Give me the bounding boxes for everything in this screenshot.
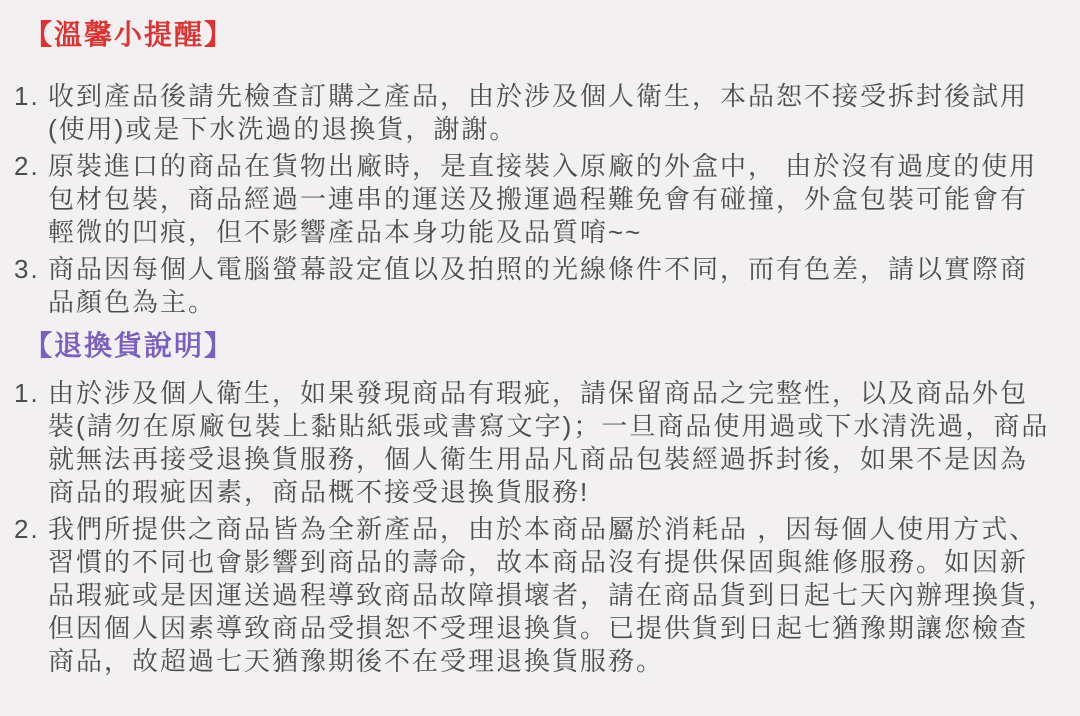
reminder-list: 1. 收到產品後請先檢查訂購之產品，由於涉及個人衛生，本品恕不接受拆封後試用 (… (14, 80, 1080, 319)
item-number: 1. (14, 80, 48, 146)
returns-list: 1. 由於涉及個人衛生，如果發現商品有瑕疵，請保留商品之完整性，以及商品外包 裝… (14, 377, 1080, 678)
list-item: 3. 商品因每個人電腦螢幕設定值以及拍照的光線條件不同，而有色差，請以實際商 品… (14, 253, 1080, 319)
section-title-reminder: 【溫馨小提醒】 (0, 0, 1080, 54)
section-title-returns: 【退換貨說明】 (0, 323, 1080, 365)
list-item: 2. 原裝進口的商品在貨物出廠時，是直接裝入原廠的外盒中， 由於沒有過度的使用 … (14, 150, 1080, 249)
notice-page: 【溫馨小提醒】 1. 收到產品後請先檢查訂購之產品，由於涉及個人衛生，本品恕不接… (0, 0, 1080, 716)
item-number: 1. (14, 377, 48, 509)
list-item: 1. 由於涉及個人衛生，如果發現商品有瑕疵，請保留商品之完整性，以及商品外包 裝… (14, 377, 1080, 509)
item-text: 商品因每個人電腦螢幕設定值以及拍照的光線條件不同，而有色差，請以實際商 品顏色為… (48, 253, 1080, 319)
item-number: 2. (14, 150, 48, 249)
list-item: 2. 我們所提供之商品皆為全新產品，由於本商品屬於消耗品 ，因每個人使用方式、 … (14, 513, 1080, 678)
list-item: 1. 收到產品後請先檢查訂購之產品，由於涉及個人衛生，本品恕不接受拆封後試用 (… (14, 80, 1080, 146)
item-number: 2. (14, 513, 48, 678)
item-text: 由於涉及個人衛生，如果發現商品有瑕疵，請保留商品之完整性，以及商品外包 裝(請勿… (48, 377, 1080, 509)
item-text: 收到產品後請先檢查訂購之產品，由於涉及個人衛生，本品恕不接受拆封後試用 (使用)… (48, 80, 1080, 146)
item-text: 我們所提供之商品皆為全新產品，由於本商品屬於消耗品 ，因每個人使用方式、 習慣的… (48, 513, 1080, 678)
item-text: 原裝進口的商品在貨物出廠時，是直接裝入原廠的外盒中， 由於沒有過度的使用 包材包… (48, 150, 1080, 249)
item-number: 3. (14, 253, 48, 319)
